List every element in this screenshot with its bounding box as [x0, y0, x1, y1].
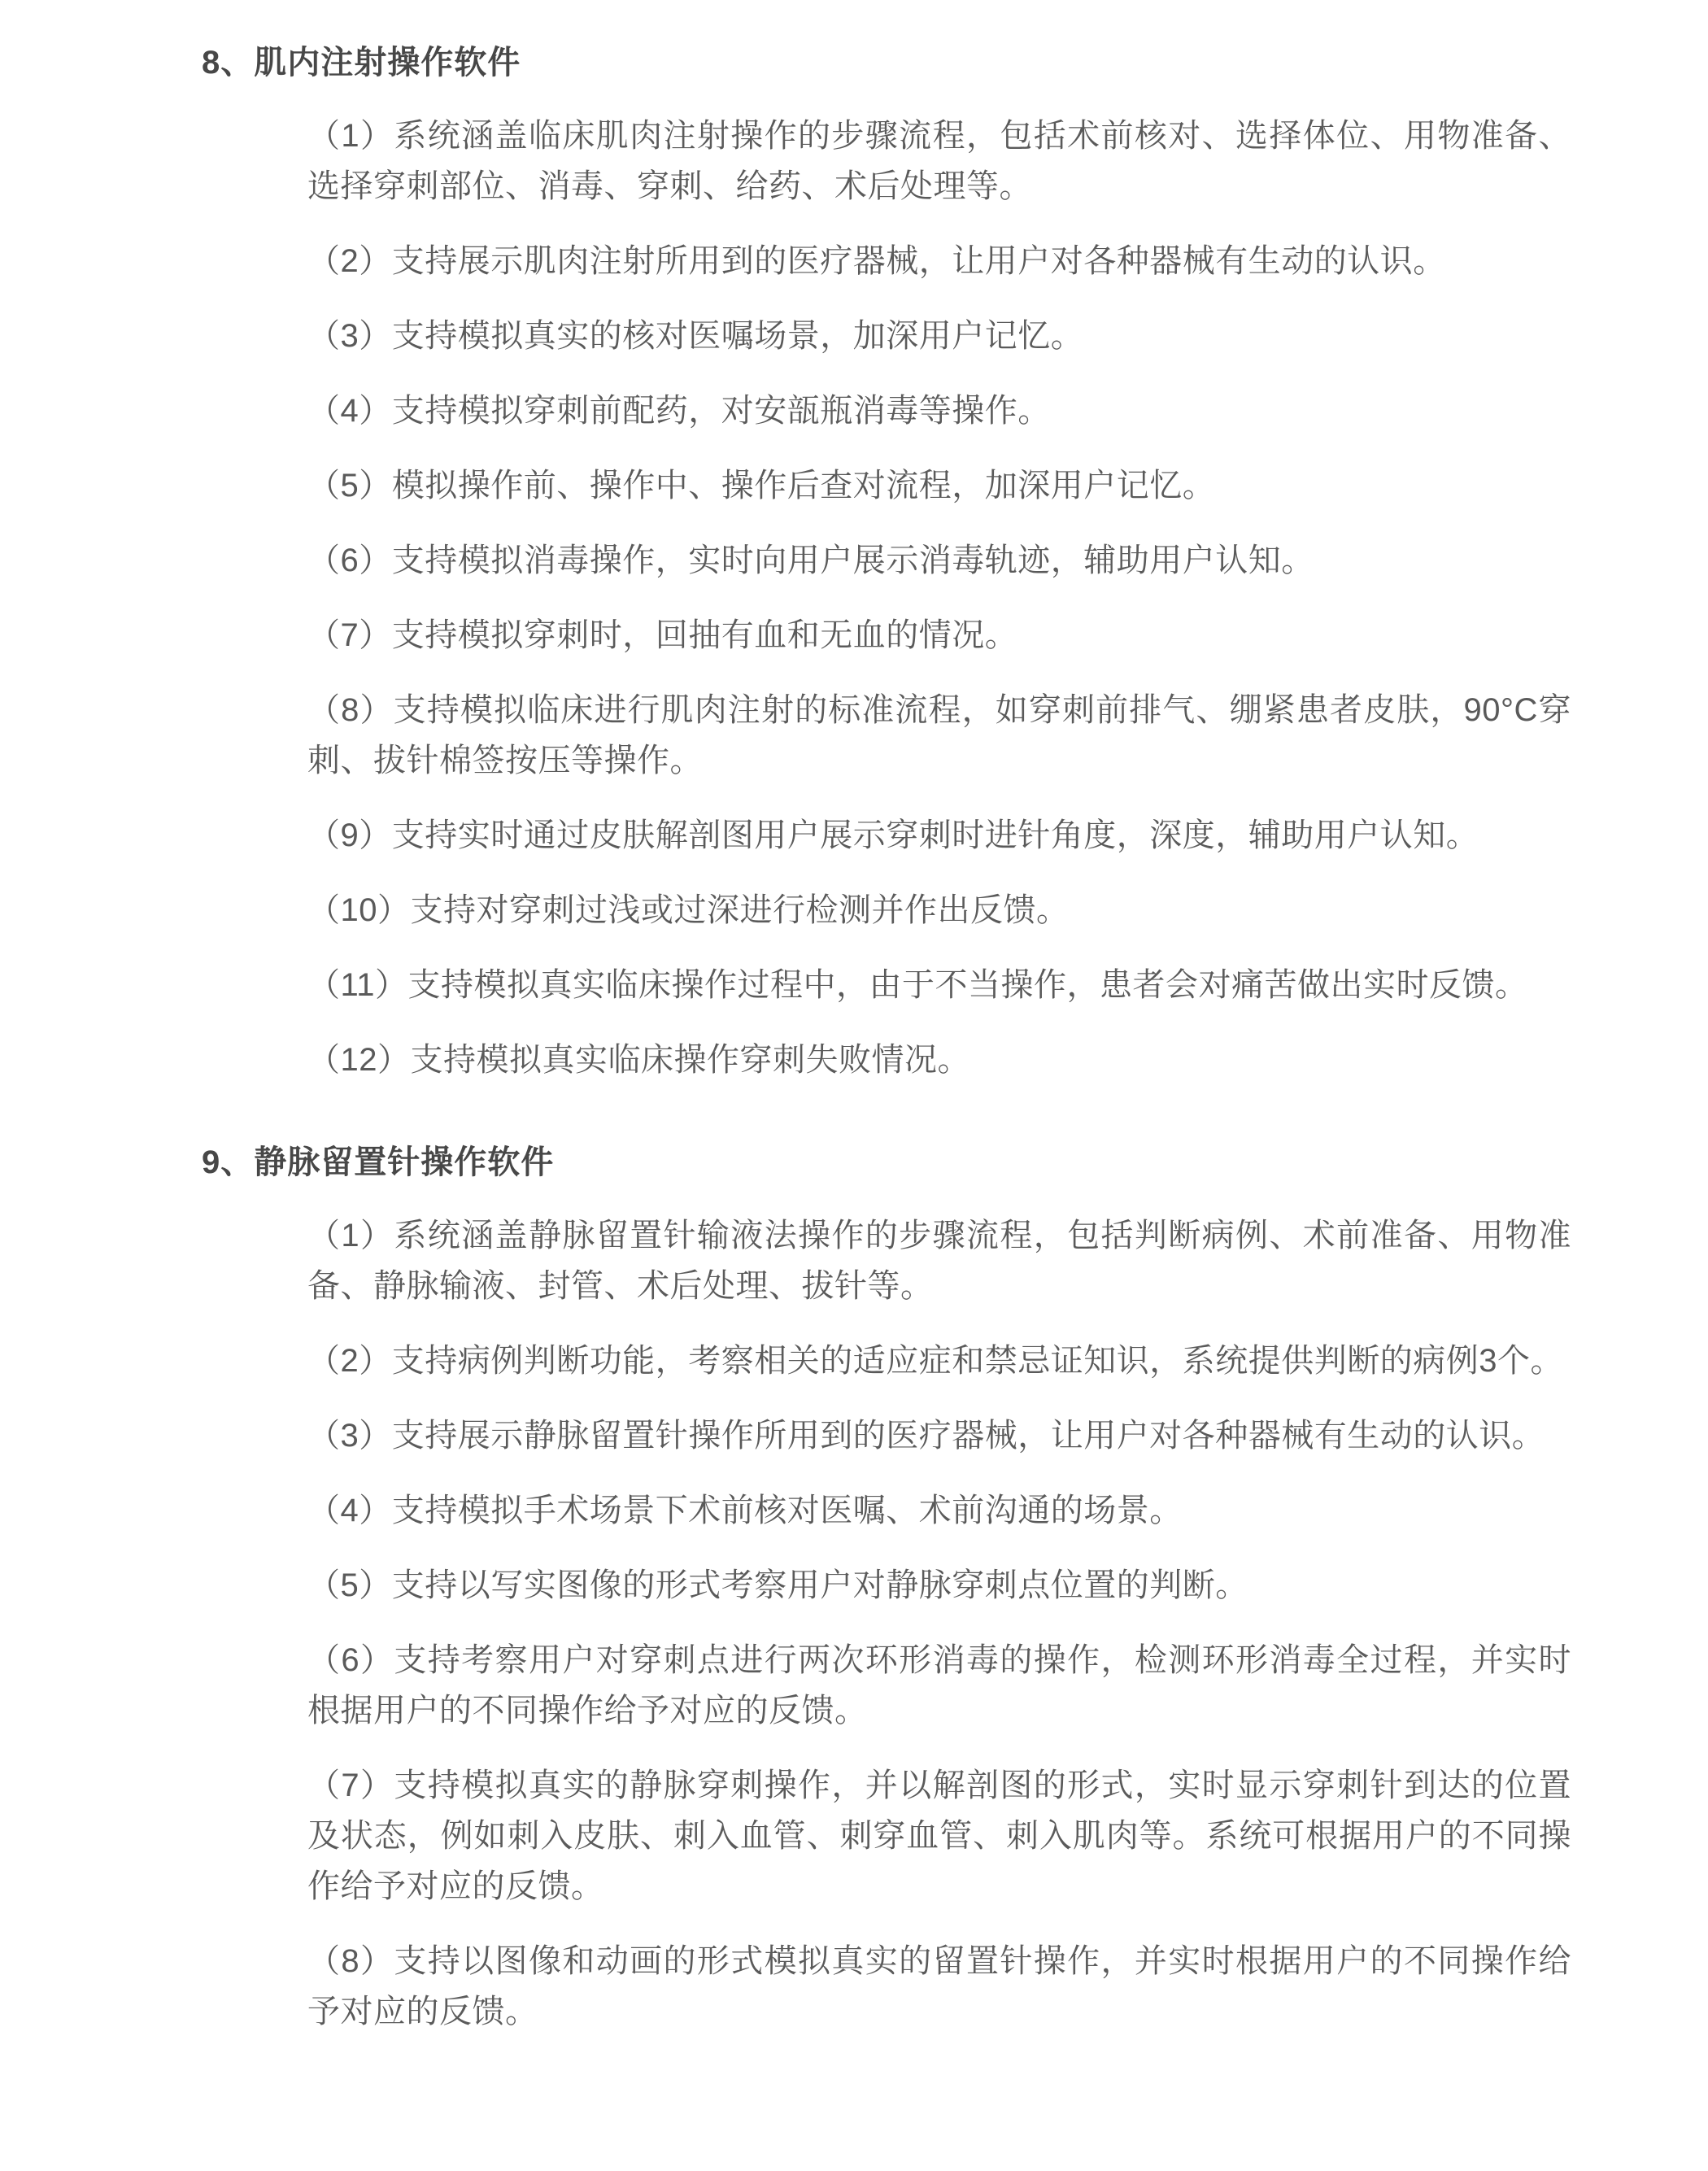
section-intramuscular-injection: 8、肌内注射操作软件 （1）系统涵盖临床肌肉注射操作的步骤流程，包括术前核对、选…	[307, 37, 1571, 1085]
section-8-item-4: （4）支持模拟穿刺前配药，对安瓿瓶消毒等操作。	[307, 386, 1571, 436]
section-9-item-7: （7）支持模拟真实的静脉穿刺操作，并以解剖图的形式，实时显示穿刺针到达的位置及状…	[307, 1760, 1571, 1912]
section-8-item-6: （6）支持模拟消毒操作，实时向用户展示消毒轨迹，辅助用户认知。	[307, 535, 1571, 586]
section-8-item-12: （12）支持模拟真实临床操作穿刺失败情况。	[307, 1035, 1571, 1085]
section-8-heading: 8、肌内注射操作软件	[202, 37, 1571, 88]
section-8-item-3: （3）支持模拟真实的核对医嘱场景，加深用户记忆。	[307, 311, 1571, 361]
section-8-item-11: （11）支持模拟真实临床操作过程中，由于不当操作，患者会对痛苦做出实时反馈。	[307, 960, 1571, 1010]
section-8-item-8: （8）支持模拟临床进行肌肉注射的标准流程，如穿刺前排气、绷紧患者皮肤，90°C穿…	[307, 685, 1571, 786]
section-9-item-2: （2）支持病例判断功能，考察相关的适应症和禁忌证知识，系统提供判断的病例3个。	[307, 1336, 1571, 1386]
section-8-item-7: （7）支持模拟穿刺时，回抽有血和无血的情况。	[307, 610, 1571, 660]
section-iv-indwelling-needle: 9、静脉留置针操作软件 （1）系统涵盖静脉留置针输液法操作的步骤流程，包括判断病…	[307, 1137, 1571, 2037]
section-9-item-4: （4）支持模拟手术场景下术前核对医嘱、术前沟通的场景。	[307, 1485, 1571, 1536]
section-9-item-1: （1）系统涵盖静脉留置针输液法操作的步骤流程，包括判断病例、术前准备、用物准备、…	[307, 1210, 1571, 1311]
section-9-item-8: （8）支持以图像和动画的形式模拟真实的留置针操作，并实时根据用户的不同操作给予对…	[307, 1936, 1571, 2037]
section-8-item-2: （2）支持展示肌肉注射所用到的医疗器械，让用户对各种器械有生动的认识。	[307, 236, 1571, 286]
section-8-item-1: （1）系统涵盖临床肌肉注射操作的步骤流程，包括术前核对、选择体位、用物准备、选择…	[307, 111, 1571, 211]
section-8-item-5: （5）模拟操作前、操作中、操作后查对流程，加深用户记忆。	[307, 460, 1571, 511]
document-page: 8、肌内注射操作软件 （1）系统涵盖临床肌肉注射操作的步骤流程，包括术前核对、选…	[0, 0, 1708, 2171]
section-8-item-10: （10）支持对穿刺过浅或过深进行检测并作出反馈。	[307, 885, 1571, 935]
section-9-heading: 9、静脉留置针操作软件	[202, 1137, 1571, 1188]
section-8-item-9: （9）支持实时通过皮肤解剖图用户展示穿刺时进针角度，深度，辅助用户认知。	[307, 810, 1571, 861]
section-9-item-5: （5）支持以写实图像的形式考察用户对静脉穿刺点位置的判断。	[307, 1560, 1571, 1611]
section-9-item-3: （3）支持展示静脉留置针操作所用到的医疗器械，让用户对各种器械有生动的认识。	[307, 1410, 1571, 1461]
section-9-item-6: （6）支持考察用户对穿刺点进行两次环形消毒的操作，检测环形消毒全过程，并实时根据…	[307, 1635, 1571, 1736]
